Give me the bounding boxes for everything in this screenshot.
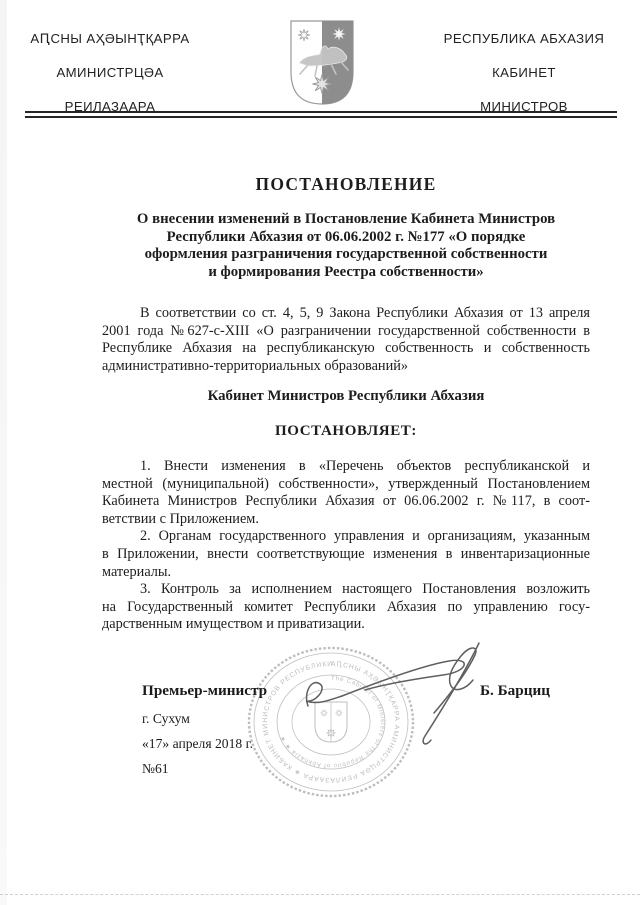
decree-number: №61: [142, 761, 169, 777]
signature-post-label: Премьер-министр: [142, 682, 267, 700]
authority-line: Кабинет Министров Республики Абхазия: [102, 388, 590, 405]
decree-item-1: 1. Внести изменения в «Перечень объектов…: [102, 458, 590, 528]
text-line: РЕСПУБЛИКА АБХАЗИЯ: [438, 22, 610, 56]
decree-items: 1. Внести изменения в «Перечень объектов…: [102, 458, 590, 634]
text-line: АԤСНЫ АҲӘЫНҬҚАРРА: [20, 22, 200, 56]
text-line: ветствии с Приложением.: [102, 511, 590, 529]
decree-title: ПОСТАНОВЛЕНИЕ: [102, 174, 590, 195]
signature-ink: [275, 635, 505, 755]
header-org-abkhaz: АԤСНЫ АҲӘЫНҬҚАРРААМИНИСТРЦӘАРЕИЛАЗААРА: [20, 22, 200, 124]
text-line: в Приложении, внести соответствующие изм…: [102, 546, 590, 564]
official-round-stamp: АԤСНЫ АҲӘЫНҬҚАРРА АМИНИСТРЦӘА РЕИЛАЗААРА…: [245, 644, 417, 800]
text-line: на Государственный комитет Республики Аб…: [102, 599, 590, 617]
text-line: материалы.: [102, 564, 590, 582]
signature-place: г. Сухум: [142, 711, 190, 727]
text-line: Республике Абхазия на республиканскую со…: [102, 340, 590, 358]
text-line: Республики Абхазия от 06.06.2002 г. №177…: [102, 229, 590, 247]
resolves-heading: ПОСТАНОВЛЯЕТ:: [102, 423, 590, 440]
abkhazia-coat-of-arms-icon: [287, 19, 357, 109]
svg-text:АԤСНЫ АҲӘЫНҬҚАРРА АМИНИСТРЦӘА: АԤСНЫ АҲӘЫНҬҚАРРА АМИНИСТРЦӘА РЕИЛАЗААРА…: [245, 644, 400, 783]
text-line: КАБИНЕТ: [438, 56, 610, 90]
decree-item-3: 3. Контроль за исполнением настоящего По…: [102, 581, 590, 634]
stamp-outer-ring-text: АԤСНЫ АҲӘЫНҬҚАРРА АМИНИСТРЦӘА РЕИЛАЗААРА…: [245, 644, 400, 783]
decree-document-page: АԤСНЫ АҲӘЫНҬҚАРРААМИНИСТРЦӘАРЕИЛАЗААРА Р…: [0, 0, 640, 905]
stamp-inner-ring-text: The Cabinet of Ministers of the Republic…: [279, 675, 386, 769]
header-double-rule: [25, 111, 617, 118]
signature-date: «17» апреля 2018 г.: [142, 736, 253, 752]
decree-preamble: В соответствии со ст. 4, 5, 9 Закона Рес…: [102, 305, 590, 375]
svg-text:The Cabinet of Ministers of th: The Cabinet of Ministers of the Republic…: [279, 675, 386, 769]
text-line: МИНИСТРОВ: [438, 90, 610, 124]
text-line: 3. Контроль за исполнением настоящего По…: [102, 581, 590, 599]
text-line: административно-территориальных образова…: [102, 358, 590, 376]
signature-area: АԤСНЫ АҲӘЫНҬҚАРРА АМИНИСТРЦӘА РЕИЛАЗААРА…: [0, 0, 640, 905]
text-line: дарственным имуществом и приватизации.: [102, 616, 590, 634]
text-line: оформления разграничения государственной…: [102, 246, 590, 264]
scan-artifact-line: [0, 894, 640, 895]
signature-name: Б. Барциц: [480, 682, 550, 700]
text-line: 2001 года №627-с-XIII «О разграничении г…: [102, 323, 590, 341]
text-line: местной (муниципальной) собственности», …: [102, 476, 590, 494]
decree-subject: О внесении изменений в Постановление Каб…: [102, 211, 590, 282]
text-line: 1. Внести изменения в «Перечень объектов…: [102, 458, 590, 476]
decree-item-2: 2. Органам государственного управления и…: [102, 528, 590, 581]
header-org-russian: РЕСПУБЛИКА АБХАЗИЯКАБИНЕТМИНИСТРОВ: [438, 22, 610, 124]
text-line: 2. Органам государственного управления и…: [102, 528, 590, 546]
text-line: О внесении изменений в Постановление Каб…: [102, 211, 590, 229]
text-line: В соответствии со ст. 4, 5, 9 Закона Рес…: [102, 305, 590, 323]
text-line: РЕИЛАЗААРА: [20, 90, 200, 124]
text-line: АМИНИСТРЦӘА: [20, 56, 200, 90]
text-line: Кабинета Министров Республики Абхазия от…: [102, 493, 590, 511]
text-line: и формирования Реестра собственности»: [102, 264, 590, 282]
